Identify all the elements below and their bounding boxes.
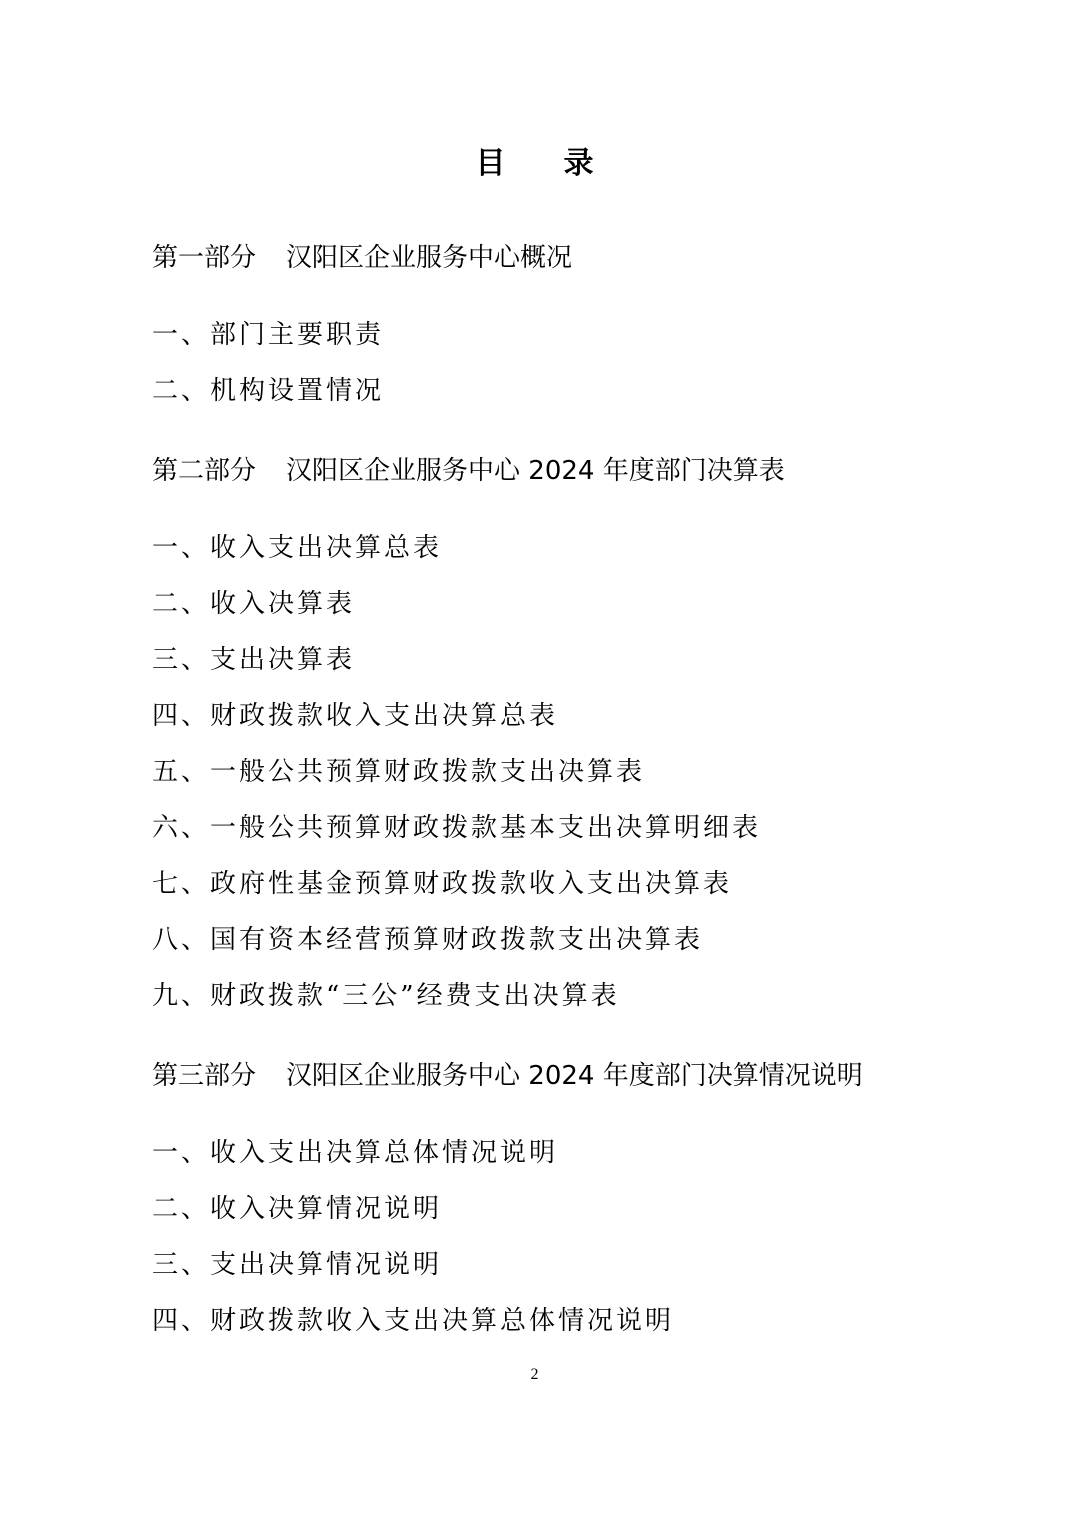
part-label: 第三部分 [152, 1061, 256, 1091]
toc-entry[interactable]: 六、一般公共预算财政拨款基本支出决算明细表 [152, 807, 761, 844]
part-title: 汉阳区企业服务中心 2024 年度部门决算表 [286, 456, 785, 486]
toc-entry[interactable]: 一、部门主要职责 [152, 314, 384, 351]
toc-entry[interactable]: 四、财政拨款收入支出决算总表 [152, 695, 558, 732]
document-page: 目录 第一部分汉阳区企业服务中心概况 一、部门主要职责 二、机构设置情况 第二部… [0, 0, 1069, 1514]
toc-title: 目录 [0, 138, 1069, 182]
toc-entry[interactable]: 九、财政拨款“三公”经费支出决算表 [152, 975, 620, 1012]
page-number: 2 [0, 1366, 1069, 1384]
part-title: 汉阳区企业服务中心概况 [286, 243, 572, 273]
toc-entry[interactable]: 二、收入决算表 [152, 583, 355, 620]
toc-entry[interactable]: 一、收入支出决算总体情况说明 [152, 1132, 558, 1169]
part-label: 第二部分 [152, 456, 256, 486]
toc-entry[interactable]: 四、财政拨款收入支出决算总体情况说明 [152, 1300, 674, 1337]
toc-entry[interactable]: 二、收入决算情况说明 [152, 1188, 442, 1225]
toc-entry[interactable]: 二、机构设置情况 [152, 370, 384, 407]
toc-part-3-heading[interactable]: 第三部分汉阳区企业服务中心 2024 年度部门决算情况说明 [152, 1055, 863, 1092]
toc-entry[interactable]: 五、一般公共预算财政拨款支出决算表 [152, 751, 645, 788]
toc-title-char-1: 目 [476, 146, 506, 181]
toc-entry[interactable]: 一、收入支出决算总表 [152, 527, 442, 564]
toc-title-char-2: 录 [564, 146, 594, 181]
toc-part-1-heading[interactable]: 第一部分汉阳区企业服务中心概况 [152, 237, 572, 274]
toc-part-2-heading[interactable]: 第二部分汉阳区企业服务中心 2024 年度部门决算表 [152, 450, 785, 487]
toc-entry[interactable]: 三、支出决算情况说明 [152, 1244, 442, 1281]
toc-entry[interactable]: 三、支出决算表 [152, 639, 355, 676]
part-label: 第一部分 [152, 243, 256, 273]
part-title: 汉阳区企业服务中心 2024 年度部门决算情况说明 [286, 1061, 863, 1091]
toc-entry[interactable]: 八、国有资本经营预算财政拨款支出决算表 [152, 919, 703, 956]
toc-entry[interactable]: 七、政府性基金预算财政拨款收入支出决算表 [152, 863, 732, 900]
